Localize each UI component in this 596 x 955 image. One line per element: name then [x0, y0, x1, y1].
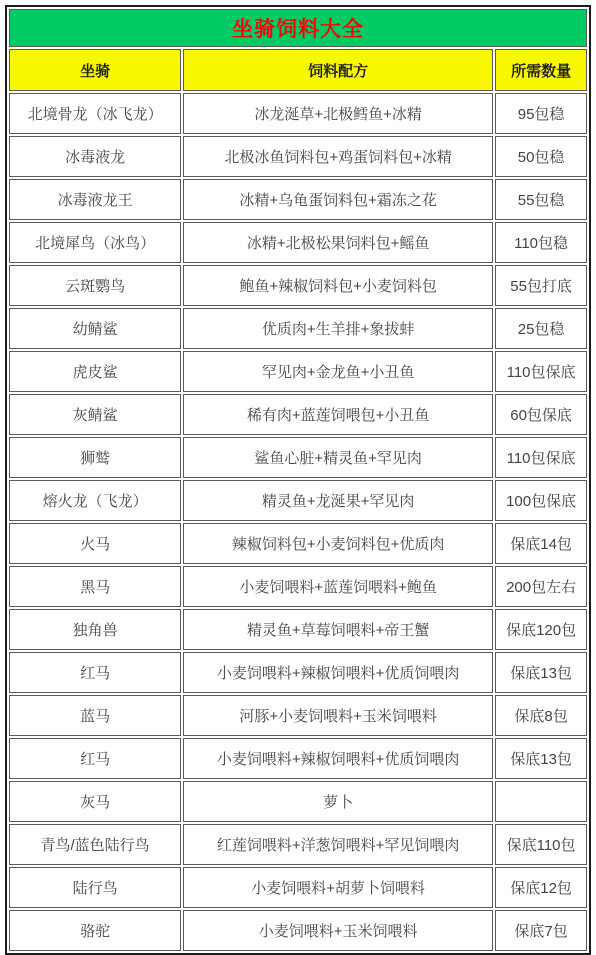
- table-row: 红马小麦饲喂料+辣椒饲喂料+优质饲喂肉保底13包: [9, 652, 587, 693]
- cell-mount: 北境骨龙（冰飞龙）: [9, 93, 181, 134]
- cell-amount: 保底8包: [495, 695, 587, 736]
- cell-recipe: 小麦饲喂料+胡萝卜饲喂料: [183, 867, 493, 908]
- cell-mount: 灰鲭鲨: [9, 394, 181, 435]
- table-row: 虎皮鲨罕见肉+金龙鱼+小丑鱼110包保底: [9, 351, 587, 392]
- cell-recipe: 萝卜: [183, 781, 493, 822]
- table-row: 幼鲭鲨优质肉+生羊排+象拔蚌25包稳: [9, 308, 587, 349]
- cell-mount: 幼鲭鲨: [9, 308, 181, 349]
- cell-recipe: 冰精+乌龟蛋饲料包+霜冻之花: [183, 179, 493, 220]
- cell-amount: 保底14包: [495, 523, 587, 564]
- table-row: 黑马小麦饲喂料+蓝莲饲喂料+鲍鱼200包左右: [9, 566, 587, 607]
- mount-feed-table: 坐骑饲料大全 坐骑 饲料配方 所需数量 北境骨龙（冰飞龙）冰龙涎草+北极鳕鱼+冰…: [5, 5, 591, 955]
- table-row: 冰毒液龙北极冰鱼饲料包+鸡蛋饲料包+冰精50包稳: [9, 136, 587, 177]
- cell-amount: 保底12包: [495, 867, 587, 908]
- table-row: 灰鲭鲨稀有肉+蓝莲饲喂包+小丑鱼60包保底: [9, 394, 587, 435]
- cell-recipe: 冰精+北极松果饲料包+鳐鱼: [183, 222, 493, 263]
- cell-amount: 200包左右: [495, 566, 587, 607]
- cell-mount: 北境犀鸟（冰鸟）: [9, 222, 181, 263]
- cell-amount: 110包保底: [495, 437, 587, 478]
- cell-recipe: 河豚+小麦饲喂料+玉米饲喂料: [183, 695, 493, 736]
- feed-table-body: 北境骨龙（冰飞龙）冰龙涎草+北极鳕鱼+冰精95包稳冰毒液龙北极冰鱼饲料包+鸡蛋饲…: [9, 93, 587, 951]
- table-row: 红马小麦饲喂料+辣椒饲喂料+优质饲喂肉保底13包: [9, 738, 587, 779]
- table-row: 北境骨龙（冰飞龙）冰龙涎草+北极鳕鱼+冰精95包稳: [9, 93, 587, 134]
- cell-mount: 骆驼: [9, 910, 181, 951]
- table-row: 骆驼小麦饲喂料+玉米饲喂料保底7包: [9, 910, 587, 951]
- cell-amount: 110包保底: [495, 351, 587, 392]
- page: 坐骑饲料大全 坐骑 饲料配方 所需数量 北境骨龙（冰飞龙）冰龙涎草+北极鳕鱼+冰…: [0, 0, 596, 874]
- cell-recipe: 稀有肉+蓝莲饲喂包+小丑鱼: [183, 394, 493, 435]
- cell-amount: 100包保底: [495, 480, 587, 521]
- cell-mount: 灰马: [9, 781, 181, 822]
- cell-amount: 55包打底: [495, 265, 587, 306]
- table-row: 火马辣椒饲料包+小麦饲料包+优质肉保底14包: [9, 523, 587, 564]
- cell-amount: 50包稳: [495, 136, 587, 177]
- cell-mount: 青鸟/蓝色陆行鸟: [9, 824, 181, 865]
- cell-recipe: 北极冰鱼饲料包+鸡蛋饲料包+冰精: [183, 136, 493, 177]
- cell-mount: 云斑鹦鸟: [9, 265, 181, 306]
- cell-mount: 虎皮鲨: [9, 351, 181, 392]
- cell-amount: 保底13包: [495, 652, 587, 693]
- cell-recipe: 辣椒饲料包+小麦饲料包+优质肉: [183, 523, 493, 564]
- cell-recipe: 优质肉+生羊排+象拔蚌: [183, 308, 493, 349]
- cell-recipe: 冰龙涎草+北极鳕鱼+冰精: [183, 93, 493, 134]
- cell-mount: 火马: [9, 523, 181, 564]
- cell-mount: 熔火龙（飞龙）: [9, 480, 181, 521]
- cell-amount: 55包稳: [495, 179, 587, 220]
- column-header-recipe: 饲料配方: [183, 49, 493, 91]
- table-row: 熔火龙（飞龙）精灵鱼+龙涎果+罕见肉100包保底: [9, 480, 587, 521]
- table-row: 青鸟/蓝色陆行鸟红莲饲喂料+洋葱饲喂料+罕见饲喂肉保底110包: [9, 824, 587, 865]
- cell-mount: 冰毒液龙王: [9, 179, 181, 220]
- cell-recipe: 罕见肉+金龙鱼+小丑鱼: [183, 351, 493, 392]
- cell-recipe: 小麦饲喂料+辣椒饲喂料+优质饲喂肉: [183, 652, 493, 693]
- cell-recipe: 小麦饲喂料+辣椒饲喂料+优质饲喂肉: [183, 738, 493, 779]
- cell-amount: 保底110包: [495, 824, 587, 865]
- cell-amount: 保底120包: [495, 609, 587, 650]
- cell-amount: 保底7包: [495, 910, 587, 951]
- table-row: 冰毒液龙王冰精+乌龟蛋饲料包+霜冻之花55包稳: [9, 179, 587, 220]
- cell-amount: 95包稳: [495, 93, 587, 134]
- cell-mount: 独角兽: [9, 609, 181, 650]
- cell-amount: 保底13包: [495, 738, 587, 779]
- page-title: 坐骑饲料大全: [9, 9, 587, 47]
- table-row: 北境犀鸟（冰鸟）冰精+北极松果饲料包+鳐鱼110包稳: [9, 222, 587, 263]
- cell-recipe: 小麦饲喂料+蓝莲饲喂料+鲍鱼: [183, 566, 493, 607]
- cell-amount: 25包稳: [495, 308, 587, 349]
- cell-mount: 冰毒液龙: [9, 136, 181, 177]
- table-row: 独角兽精灵鱼+草莓饲喂料+帝王蟹保底120包: [9, 609, 587, 650]
- cell-mount: 红马: [9, 652, 181, 693]
- column-header-mount: 坐骑: [9, 49, 181, 91]
- cell-amount: 110包稳: [495, 222, 587, 263]
- cell-mount: 黑马: [9, 566, 181, 607]
- table-row: 狮鹫鲨鱼心脏+精灵鱼+罕见肉110包保底: [9, 437, 587, 478]
- cell-recipe: 鲍鱼+辣椒饲料包+小麦饲料包: [183, 265, 493, 306]
- cell-mount: 狮鹫: [9, 437, 181, 478]
- cell-mount: 红马: [9, 738, 181, 779]
- table-row: 蓝马河豚+小麦饲喂料+玉米饲喂料保底8包: [9, 695, 587, 736]
- cell-mount: 陆行鸟: [9, 867, 181, 908]
- title-row: 坐骑饲料大全: [9, 9, 587, 47]
- header-row: 坐骑 饲料配方 所需数量: [9, 49, 587, 91]
- cell-amount: [495, 781, 587, 822]
- column-header-amount: 所需数量: [495, 49, 587, 91]
- cell-recipe: 鲨鱼心脏+精灵鱼+罕见肉: [183, 437, 493, 478]
- cell-recipe: 小麦饲喂料+玉米饲喂料: [183, 910, 493, 951]
- table-row: 陆行鸟小麦饲喂料+胡萝卜饲喂料保底12包: [9, 867, 587, 908]
- cell-amount: 60包保底: [495, 394, 587, 435]
- cell-mount: 蓝马: [9, 695, 181, 736]
- cell-recipe: 红莲饲喂料+洋葱饲喂料+罕见饲喂肉: [183, 824, 493, 865]
- cell-recipe: 精灵鱼+草莓饲喂料+帝王蟹: [183, 609, 493, 650]
- table-row: 灰马萝卜: [9, 781, 587, 822]
- table-row: 云斑鹦鸟鲍鱼+辣椒饲料包+小麦饲料包55包打底: [9, 265, 587, 306]
- cell-recipe: 精灵鱼+龙涎果+罕见肉: [183, 480, 493, 521]
